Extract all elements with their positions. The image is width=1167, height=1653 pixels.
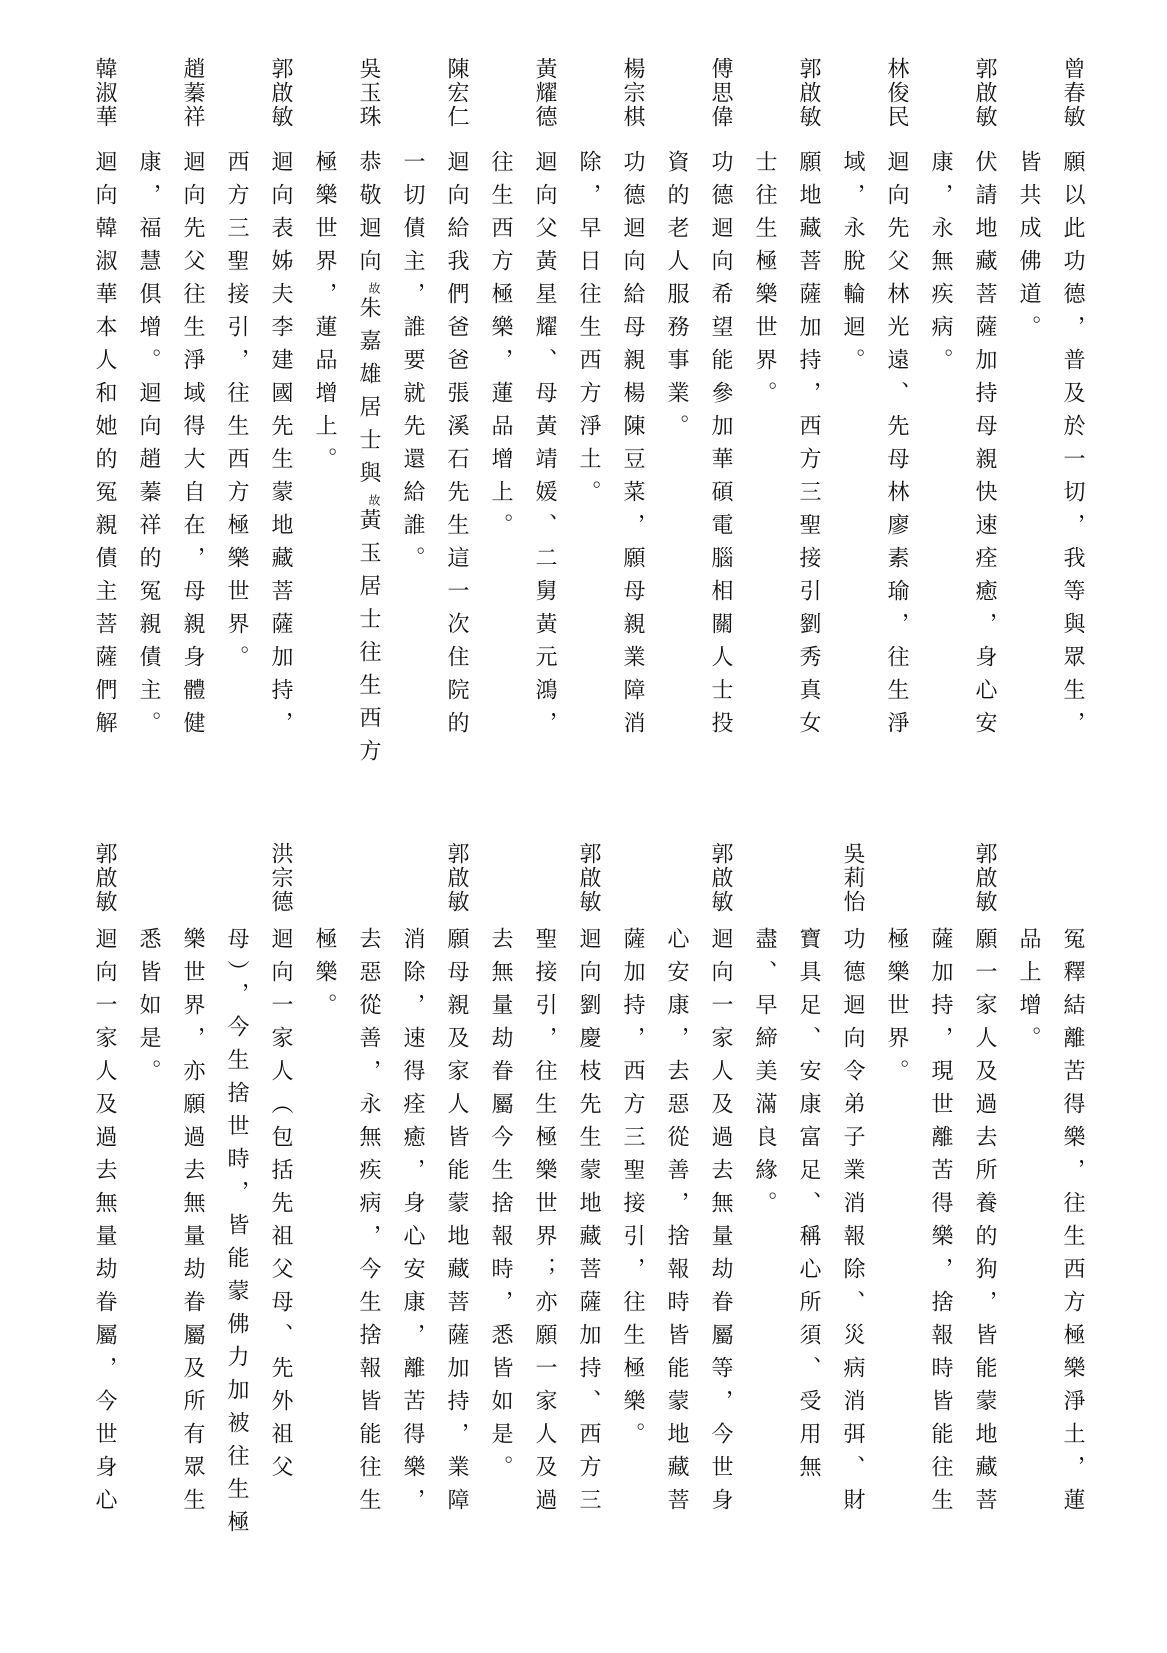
- dedication-entry: 郭啟敏迴向表姊夫李建國先生蒙地藏菩薩加持，西方三聖接引，往生西方極樂世界。: [215, 57, 303, 776]
- text-segment: 迴向韓淑華本人和她的冤親債主菩薩們解: [93, 150, 118, 744]
- dedication-entry: 林俊民迴向先父林光遠、先母林廖素瑜，往生淨域，永脫輪迴。: [831, 57, 919, 776]
- dedication-text: 功德迴向令弟子業消報除、災病消弭、財寶具足、安康富足、稱心所須、受用無盡、早締美…: [743, 927, 875, 1553]
- text-segment: 願地藏菩薩加持，西方三聖接引劉秀真女士往生極樂世界。: [753, 150, 822, 744]
- dedicator-name: 黃耀德: [523, 57, 567, 129]
- dedication-entry: 郭啟敏迴向劉慶枝先生蒙地藏菩薩加持、西方三聖接引，往生極樂世界；亦願一家人及過去…: [479, 842, 611, 1553]
- dedication-entry: 洪宗德迴向一家人（包括先祖父母、先外祖父母），今生捨世時，皆能蒙佛力加被往生極樂…: [127, 842, 303, 1553]
- text-segment: 迴向父黃星耀、母黃靖媛、二舅黃元鴻，往生西方極樂，蓮品增上。: [489, 150, 558, 744]
- dedicator-name: 趙蓁祥: [171, 57, 215, 129]
- text-segment: 願母親及家人皆能蒙地藏菩薩加持，業障消除，速得痊癒，身心安康，離苦得樂，去惡從善…: [313, 927, 470, 1521]
- dedicator-name: 陳宏仁: [435, 57, 479, 129]
- dedicator-name: 郭啟敏: [83, 842, 127, 914]
- dedication-text: 迴向父黃星耀、母黃靖媛、二舅黃元鴻，往生西方極樂，蓮品增上。: [479, 150, 567, 776]
- text-segment: 迴向先父往生淨域得大自在，母親身體健康，福慧俱增。迴向趙蓁祥的冤親債主。: [137, 150, 206, 744]
- deceased-marker: 故: [367, 494, 381, 508]
- dedication-entry: 郭啟敏伏請地藏菩薩加持母親快速痊癒，身心安康，永無疾病。: [919, 57, 1007, 776]
- dedicator-name: 吳玉珠: [347, 57, 391, 129]
- dedicator-name: 傅思偉: [699, 57, 743, 129]
- dedication-text: 恭敬迴向故朱嘉雄居士與故黃玉居士往生西方極樂世界，蓮品增上。: [303, 150, 391, 776]
- dedicator-name: 吳莉怡: [831, 842, 875, 914]
- dedication-text: 迴向一家人（包括先祖父母、先外祖父母），今生捨世時，皆能蒙佛力加被往生極樂世界，…: [127, 927, 303, 1553]
- dedication-entry: 吳玉珠恭敬迴向故朱嘉雄居士與故黃玉居士往生西方極樂世界，蓮品增上。: [303, 57, 391, 776]
- text-segment: 冤釋結離苦得樂，往生西方極樂淨土，蓮品上增。: [1017, 927, 1086, 1521]
- text-segment: 迴向表姊夫李建國先生蒙地藏菩薩加持，西方三聖接引，往生西方極樂世界。: [225, 150, 294, 744]
- dedication-entry: 黃耀德迴向父黃星耀、母黃靖媛、二舅黃元鴻，往生西方極樂，蓮品增上。: [479, 57, 567, 776]
- dedication-entry: 趙蓁祥迴向先父往生淨域得大自在，母親身體健康，福慧俱增。迴向趙蓁祥的冤親債主。: [127, 57, 215, 776]
- dedication-text: 迴向劉慶枝先生蒙地藏菩薩加持、西方三聖接引，往生極樂世界；亦願一家人及過去無量劫…: [479, 927, 611, 1553]
- dedicator-name: 洪宗德: [259, 842, 303, 914]
- dedication-text: 伏請地藏菩薩加持母親快速痊癒，身心安康，永無疾病。: [919, 150, 1007, 776]
- text-segment: 願以此功德，普及於一切，我等與眾生，皆共成佛道。: [1017, 150, 1086, 744]
- text-segment: 伏請地藏菩薩加持母親快速痊癒，身心安康，永無疾病。: [929, 150, 998, 744]
- dedication-text: 迴向韓淑華本人和她的冤親債主菩薩們解: [83, 150, 127, 776]
- dedicator-name: 曾春敏: [1051, 57, 1095, 129]
- dedication-text: 冤釋結離苦得樂，往生西方極樂淨土，蓮品上增。: [1007, 927, 1095, 1553]
- dedicator-name: 郭啟敏: [963, 57, 1007, 129]
- dedication-text: 願一家人及過去所養的狗，皆能蒙地藏菩薩加持，現世離苦得樂，捨報時皆能往生極樂世界…: [875, 927, 1007, 1553]
- dedication-text: 願地藏菩薩加持，西方三聖接引劉秀真女士往生極樂世界。: [743, 150, 831, 776]
- dedication-entry: 楊宗棋功德迴向給母親楊陳豆菜，願母親業障消除，早日往生西方淨土。: [567, 57, 655, 776]
- text-segment: 迴向一家人及過去無量劫眷屬等，今世身心安康，去惡從善，捨報時皆能蒙地藏菩薩加持，…: [621, 927, 734, 1521]
- dedication-text: 迴向先父林光遠、先母林廖素瑜，往生淨域，永脫輪迴。: [831, 150, 919, 776]
- text-segment: 迴向先父林光遠、先母林廖素瑜，往生淨域，永脫輪迴。: [841, 150, 910, 744]
- text-segment: 功德迴向給母親楊陳豆菜，願母親業障消除，早日往生西方淨土。: [577, 150, 646, 744]
- dedication-text: 功德迴向給母親楊陳豆菜，願母親業障消除，早日往生西方淨土。: [567, 150, 655, 776]
- dedication-text: 迴向給我們爸爸張溪石先生這一次住院的一切債主，誰要就先還給誰。: [391, 150, 479, 776]
- dedication-text: 願以此功德，普及於一切，我等與眾生，皆共成佛道。: [1007, 150, 1095, 776]
- dedicator-name: 郭啟敏: [259, 57, 303, 129]
- dedication-entry: 韓淑華迴向韓淑華本人和她的冤親債主菩薩們解: [83, 57, 127, 776]
- text-segment: 願一家人及過去所養的狗，皆能蒙地藏菩薩加持，現世離苦得樂，捨報時皆能往生極樂世界…: [885, 927, 998, 1521]
- dedicator-name: 郭啟敏: [963, 842, 1007, 914]
- dedication-entry: 傅思偉功德迴向希望能參加華碩電腦相關人士投資的老人服務事業。: [655, 57, 743, 776]
- dedicator-name: 郭啟敏: [435, 842, 479, 914]
- text-segment: 迴向一家人及過去無量劫眷屬，今世身心: [93, 927, 118, 1521]
- dedication-entry: 郭啟敏願地藏菩薩加持，西方三聖接引劉秀真女士往生極樂世界。: [743, 57, 831, 776]
- band-upper: 曾春敏願以此功德，普及於一切，我等與眾生，皆共成佛道。郭啟敏伏請地藏菩薩加持母親…: [83, 57, 1095, 776]
- deceased-marker: 故: [367, 282, 381, 296]
- dedicator-name: 楊宗棋: [611, 57, 655, 129]
- dedication-entry: 郭啟敏迴向一家人及過去無量劫眷屬等，今世身心安康，去惡從善，捨報時皆能蒙地藏菩薩…: [611, 842, 743, 1553]
- dedication-entry: 陳宏仁迴向給我們爸爸張溪石先生這一次住院的一切債主，誰要就先還給誰。: [391, 57, 479, 776]
- dedication-text: 迴向表姊夫李建國先生蒙地藏菩薩加持，西方三聖接引，往生西方極樂世界。: [215, 150, 303, 776]
- dedication-entry: 曾春敏願以此功德，普及於一切，我等與眾生，皆共成佛道。: [1007, 57, 1095, 776]
- dedicator-name: 郭啟敏: [787, 57, 831, 129]
- dedicator-name: 韓淑華: [83, 57, 127, 129]
- dedication-text: 迴向先父往生淨域得大自在，母親身體健康，福慧俱增。迴向趙蓁祥的冤親債主。: [127, 150, 215, 776]
- dedication-text: 功德迴向希望能參加華碩電腦相關人士投資的老人服務事業。: [655, 150, 743, 776]
- text-segment: 迴向劉慶枝先生蒙地藏菩薩加持、西方三聖接引，往生極樂世界；亦願一家人及過去無量劫…: [489, 927, 602, 1521]
- text-segment: 迴向給我們爸爸張溪石先生這一次住院的一切債主，誰要就先還給誰。: [401, 150, 470, 744]
- dedication-text: 迴向一家人及過去無量劫眷屬，今世身心: [83, 927, 127, 1553]
- dedication-entry: 吳莉怡功德迴向令弟子業消報除、災病消弭、財寶具足、安康富足、稱心所須、受用無盡、…: [743, 842, 875, 1553]
- dedication-page: 曾春敏願以此功德，普及於一切，我等與眾生，皆共成佛道。郭啟敏伏請地藏菩薩加持母親…: [0, 0, 1167, 1653]
- dedication-text: 願母親及家人皆能蒙地藏菩薩加持，業障消除，速得痊癒，身心安康，離苦得樂，去惡從善…: [303, 927, 479, 1553]
- dedicator-name: 林俊民: [875, 57, 919, 129]
- dedication-entry: 郭啟敏願一家人及過去所養的狗，皆能蒙地藏菩薩加持，現世離苦得樂，捨報時皆能往生極…: [875, 842, 1007, 1553]
- band-lower: 冤釋結離苦得樂，往生西方極樂淨土，蓮品上增。郭啟敏願一家人及過去所養的狗，皆能蒙…: [83, 842, 1095, 1553]
- text-segment: 朱嘉雄居士與: [357, 296, 382, 494]
- dedicator-name: 郭啟敏: [567, 842, 611, 914]
- text-segment: 恭敬迴向: [357, 150, 382, 282]
- dedicator-name: 郭啟敏: [699, 842, 743, 914]
- dedication-entry: 冤釋結離苦得樂，往生西方極樂淨土，蓮品上增。: [1007, 842, 1095, 1553]
- text-segment: 功德迴向希望能參加華碩電腦相關人士投資的老人服務事業。: [665, 150, 734, 744]
- dedication-entry: 郭啟敏願母親及家人皆能蒙地藏菩薩加持，業障消除，速得痊癒，身心安康，離苦得樂，去…: [303, 842, 479, 1553]
- text-segment: 功德迴向令弟子業消報除、災病消弭、財寶具足、安康富足、稱心所須、受用無盡、早締美…: [753, 927, 866, 1521]
- dedication-entry: 郭啟敏迴向一家人及過去無量劫眷屬，今世身心: [83, 842, 127, 1553]
- text-segment: 迴向一家人（包括先祖父母、先外祖父母），今生捨世時，皆能蒙佛力加被往生極樂世界，…: [137, 927, 294, 1543]
- dedication-text: 迴向一家人及過去無量劫眷屬等，今世身心安康，去惡從善，捨報時皆能蒙地藏菩薩加持，…: [611, 927, 743, 1553]
